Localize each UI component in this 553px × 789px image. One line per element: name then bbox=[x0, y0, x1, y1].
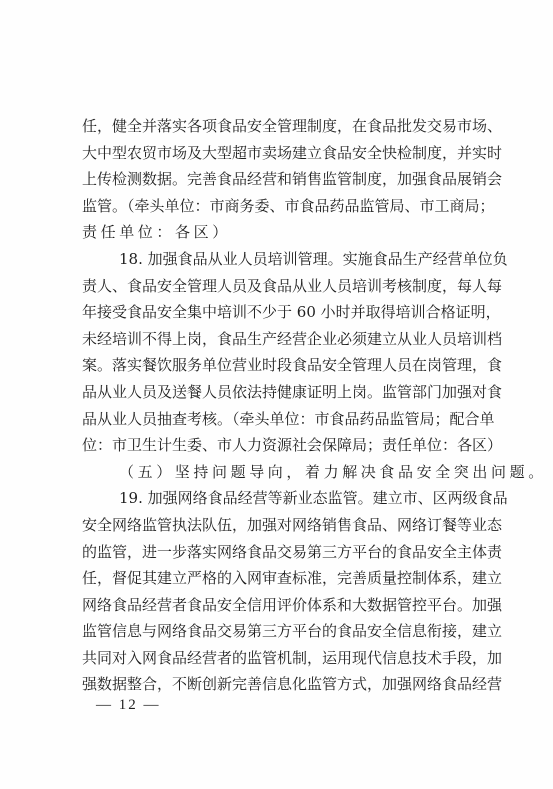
text-line: 品从业人员抽查考核。（牵头单位：市食品药品监管局；配合单 bbox=[82, 406, 480, 433]
text-line: 案。落实餐饮服务单位营业时段食品安全管理人员在岗管理，食 bbox=[82, 352, 480, 379]
document-body: 任，健全并落实各项食品安全管理制度，在食品批发交易市场、 大中型农贸市场及大型超… bbox=[82, 113, 480, 698]
text-line: 任，督促其建立严格的入网审查标准，完善质量控制体系，建立 bbox=[82, 565, 480, 592]
document-page: 任，健全并落实各项食品安全管理制度，在食品批发交易市场、 大中型农贸市场及大型超… bbox=[0, 0, 553, 789]
text-line: 位：市卫生计生委、市人力资源社会保障局；责任单位：各区） bbox=[82, 432, 480, 459]
text-line: 网络食品经营者食品安全信用评价体系和大数据管控平台。加强 bbox=[82, 592, 480, 619]
section-five-heading: （五）坚持问题导向，着力解决食品安全突出问题。 bbox=[82, 459, 480, 486]
text-line: 安全网络监管执法队伍，加强对网络销售食品、网络订餐等业态 bbox=[82, 512, 480, 539]
text-line: 年接受食品安全集中培训不少于 60 小时并取得培训合格证明， bbox=[82, 299, 480, 326]
page-number: — 12 — bbox=[96, 697, 161, 714]
item-18-heading-line: 18. 加强食品从业人员培训管理。实施食品生产经营单位负 bbox=[82, 246, 480, 273]
text-line: 监管信息与网络食品交易第三方平台的食品安全信息衔接，建立 bbox=[82, 618, 480, 645]
text-line: 品从业人员及送餐人员依法持健康证明上岗。监管部门加强对食 bbox=[82, 379, 480, 406]
text-line: 责人、食品安全管理人员及食品从业人员培训考核制度，每人每 bbox=[82, 273, 480, 300]
text-line: 责任单位：各区） bbox=[82, 219, 480, 246]
text-line: 的监管，进一步落实网络食品交易第三方平台的食品安全主体责 bbox=[82, 539, 480, 566]
text-line: 监管。（牵头单位：市商务委、市食品药品监管局、市工商局； bbox=[82, 193, 480, 220]
item-19-heading-line: 19. 加强网络食品经营等新业态监管。建立市、区两级食品 bbox=[82, 485, 480, 512]
text-line: 任，健全并落实各项食品安全管理制度，在食品批发交易市场、 bbox=[82, 113, 480, 140]
text-line: 大中型农贸市场及大型超市卖场建立食品安全快检制度，并实时 bbox=[82, 140, 480, 167]
text-line: 共同对入网食品经营者的监管机制，运用现代信息技术手段，加 bbox=[82, 645, 480, 672]
text-line: 未经培训不得上岗，食品生产经营企业必须建立从业人员培训档 bbox=[82, 326, 480, 353]
text-line: 上传检测数据。完善食品经营和销售监管制度，加强食品展销会 bbox=[82, 166, 480, 193]
text-line: 强数据整合，不断创新完善信息化监管方式，加强网络食品经营 bbox=[82, 671, 480, 698]
